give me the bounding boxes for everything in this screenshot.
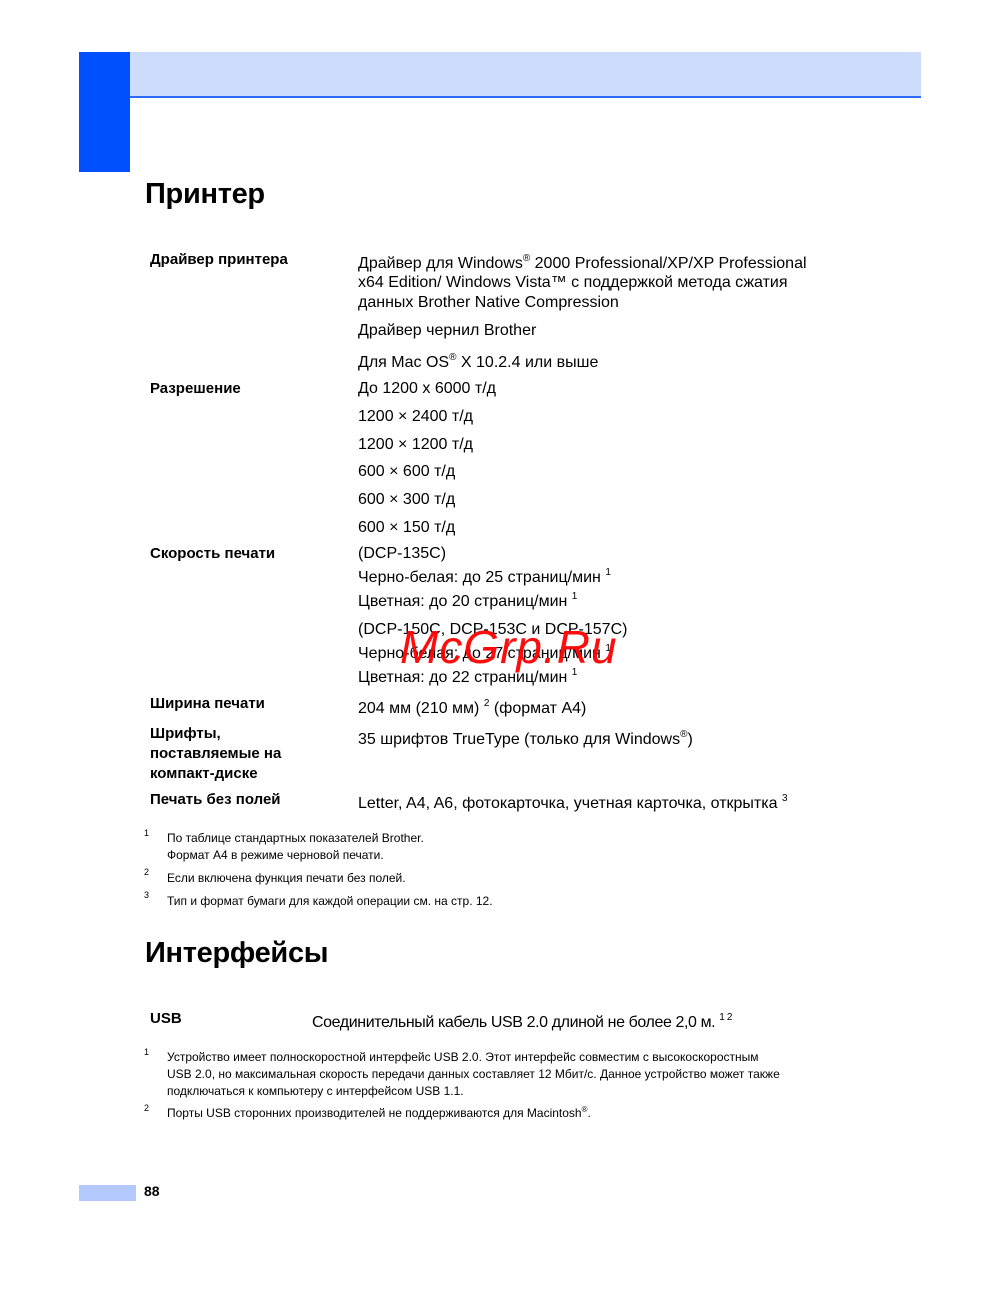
label-fonts: Шрифты,поставляемые накомпакт-диске xyxy=(150,724,281,784)
section-title-printer: Принтер xyxy=(145,178,265,211)
driver-line-3: данных Brother Native Compression xyxy=(358,293,619,313)
footnote-number: 2 xyxy=(144,867,149,877)
driver-line-2: x64 Edition/ Windows Vista™ с поддержкой… xyxy=(358,273,788,293)
borderless-value: Letter, A4, A6, фотокарточка, учетная ка… xyxy=(358,794,788,816)
page-number: 88 xyxy=(144,1183,160,1199)
resolution-value: 1200 × 2400 т/д xyxy=(358,407,473,427)
resolution-value: 1200 × 1200 т/д xyxy=(358,435,473,455)
footnote-number: 3 xyxy=(144,890,149,900)
footnote-text: Тип и формат бумаги для каждой операции … xyxy=(167,893,493,910)
label-usb: USB xyxy=(150,1009,182,1029)
resolution-value: 600 × 150 т/д xyxy=(358,518,455,538)
footnote-number: 1 xyxy=(144,828,149,838)
resolution-value: 600 × 600 т/д xyxy=(358,462,455,482)
label-borderless: Печать без полей xyxy=(150,790,281,810)
label-print-width: Ширина печати xyxy=(150,694,265,714)
watermark: McGrp.Ru xyxy=(400,624,618,670)
driver-line-5: Для Mac OS® X 10.2.4 или выше xyxy=(358,353,598,375)
fonts-value: 35 шрифтов TrueType (только для Windows®… xyxy=(358,730,693,752)
chapter-tab xyxy=(79,52,130,172)
section-title-interfaces: Интерфейсы xyxy=(145,937,328,970)
speed-model-1: (DCP-135C) xyxy=(358,544,446,564)
label-printer-driver: Драйвер принтера xyxy=(150,250,288,270)
resolution-value: До 1200 x 6000 т/д xyxy=(358,379,496,399)
footnote-number: 1 xyxy=(144,1047,149,1057)
resolution-value: 600 × 300 т/д xyxy=(358,490,455,510)
speed-model-1-bw: Черно-белая: до 25 страниц/мин 1 xyxy=(358,568,611,590)
footnote-number: 2 xyxy=(144,1103,149,1113)
usb-value: Соединительный кабель USB 2.0 длиной не … xyxy=(312,1013,732,1035)
print-width-value: 204 мм (210 мм) 2 (формат A4) xyxy=(358,699,586,721)
footnote-text: Если включена функция печати без полей. xyxy=(167,870,406,887)
header-rule xyxy=(130,96,921,98)
header-band xyxy=(130,52,921,97)
page-number-bar xyxy=(79,1185,136,1201)
driver-line-4: Драйвер чернил Brother xyxy=(358,321,536,341)
footnote-text: Устройство имеет полноскоростной интерфе… xyxy=(167,1049,780,1100)
label-resolution: Разрешение xyxy=(150,379,241,399)
footnote-text: По таблице стандартных показателей Broth… xyxy=(167,830,424,864)
footnote-text: Порты USB сторонних производителей не по… xyxy=(167,1105,591,1123)
label-print-speed: Скорость печати xyxy=(150,544,275,564)
speed-model-1-color: Цветная: до 20 страниц/мин 1 xyxy=(358,592,577,614)
